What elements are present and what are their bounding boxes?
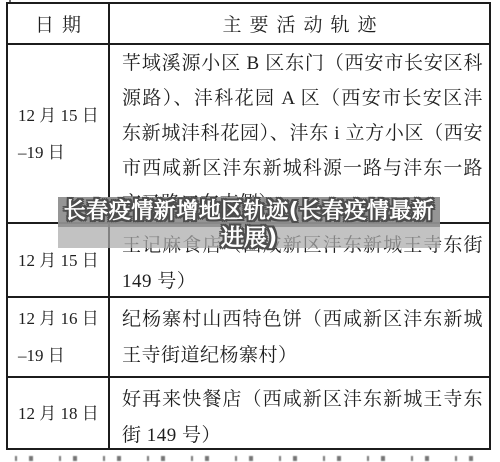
table-row: 12 月 16 日 –19 日 纪杨寨村山西特色饼（西咸新区沣东新城王寺街道纪杨… [8,296,489,376]
header-cell-activity: 主要活动轨迹 [110,4,489,43]
clipped-bottom-text-sliver [8,456,490,461]
table-row: 12 月 15 日 –19 日 芊域溪源小区 B 区东门（西安市长安区科源路）、… [8,43,489,222]
banner-title-line2: 进展) [58,227,440,248]
watermark-title-banner: 长春疫情新增地区轨迹(长春疫情最新 进展) [58,197,440,248]
activity-cell: 芊域溪源小区 B 区东门（西安市长安区科源路）、沣科花园 A 区（西安市长安区沣… [110,45,489,222]
date-cell: 12 月 16 日 –19 日 [8,298,110,376]
activity-cell: 好再来快餐店（西咸新区沣东新城王寺东街 149 号） [110,378,489,448]
date-cell: 12 月 18 日 [8,378,110,448]
activity-cell: 纪杨寨村山西特色饼（西咸新区沣东新城王寺街道纪杨寨村） [110,298,489,376]
date-cell: 12 月 15 日 –19 日 [8,45,110,222]
banner-title-line1: 长春疫情新增地区轨迹(长春疫情最新 [58,197,440,227]
table-row: 12 月 18 日 好再来快餐店（西咸新区沣东新城王寺东街 149 号） [8,376,489,448]
screenshot-stage: 日期 主要活动轨迹 12 月 15 日 –19 日 芊域溪源小区 B 区东门（西… [0,0,500,462]
header-cell-date: 日期 [8,4,110,43]
table-header-row: 日期 主要活动轨迹 [8,4,489,43]
